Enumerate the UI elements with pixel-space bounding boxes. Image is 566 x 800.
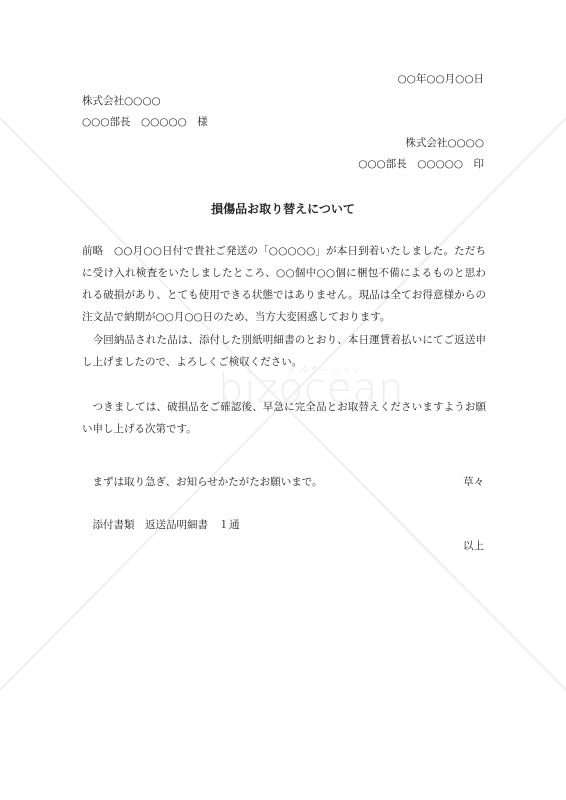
end-mark: 以上 — [463, 538, 484, 553]
body-paragraph-2: 今回納品された品は、添付した別紙明細書のとおり、本日運賃着払いにてご返送申し上げ… — [82, 329, 486, 373]
closing-text: まずは取り急ぎ、お知らせかたがたお願いまで。 — [82, 474, 323, 489]
body-paragraph-3: つきましては、破損品をご確認後、早急に完全品とお取替えくださいますようお願い申し… — [82, 396, 486, 440]
recipient-company: 株式会社○○○○ — [82, 93, 161, 108]
date: ○○年○○月○○日 — [398, 71, 484, 86]
attachment-line: 添付書類 返送品明細書 １通 — [82, 517, 240, 532]
recipient-person: ○○○部長 ○○○○○ 様 — [82, 114, 208, 129]
sender-person: ○○○部長 ○○○○○ 印 — [358, 156, 484, 171]
body-paragraph-1: 前略 ○○月○○日付で貴社ご発送の「○○○○○」が本日到着いたしました。ただちに… — [82, 240, 486, 328]
document-title: 損傷品お取り替えについて — [0, 200, 566, 217]
letter-document: ○○年○○月○○日 株式会社○○○○ ○○○部長 ○○○○○ 様 株式会社○○○… — [0, 0, 566, 800]
closing-word: 草々 — [463, 474, 484, 489]
sender-company: 株式会社○○○○ — [405, 135, 484, 150]
